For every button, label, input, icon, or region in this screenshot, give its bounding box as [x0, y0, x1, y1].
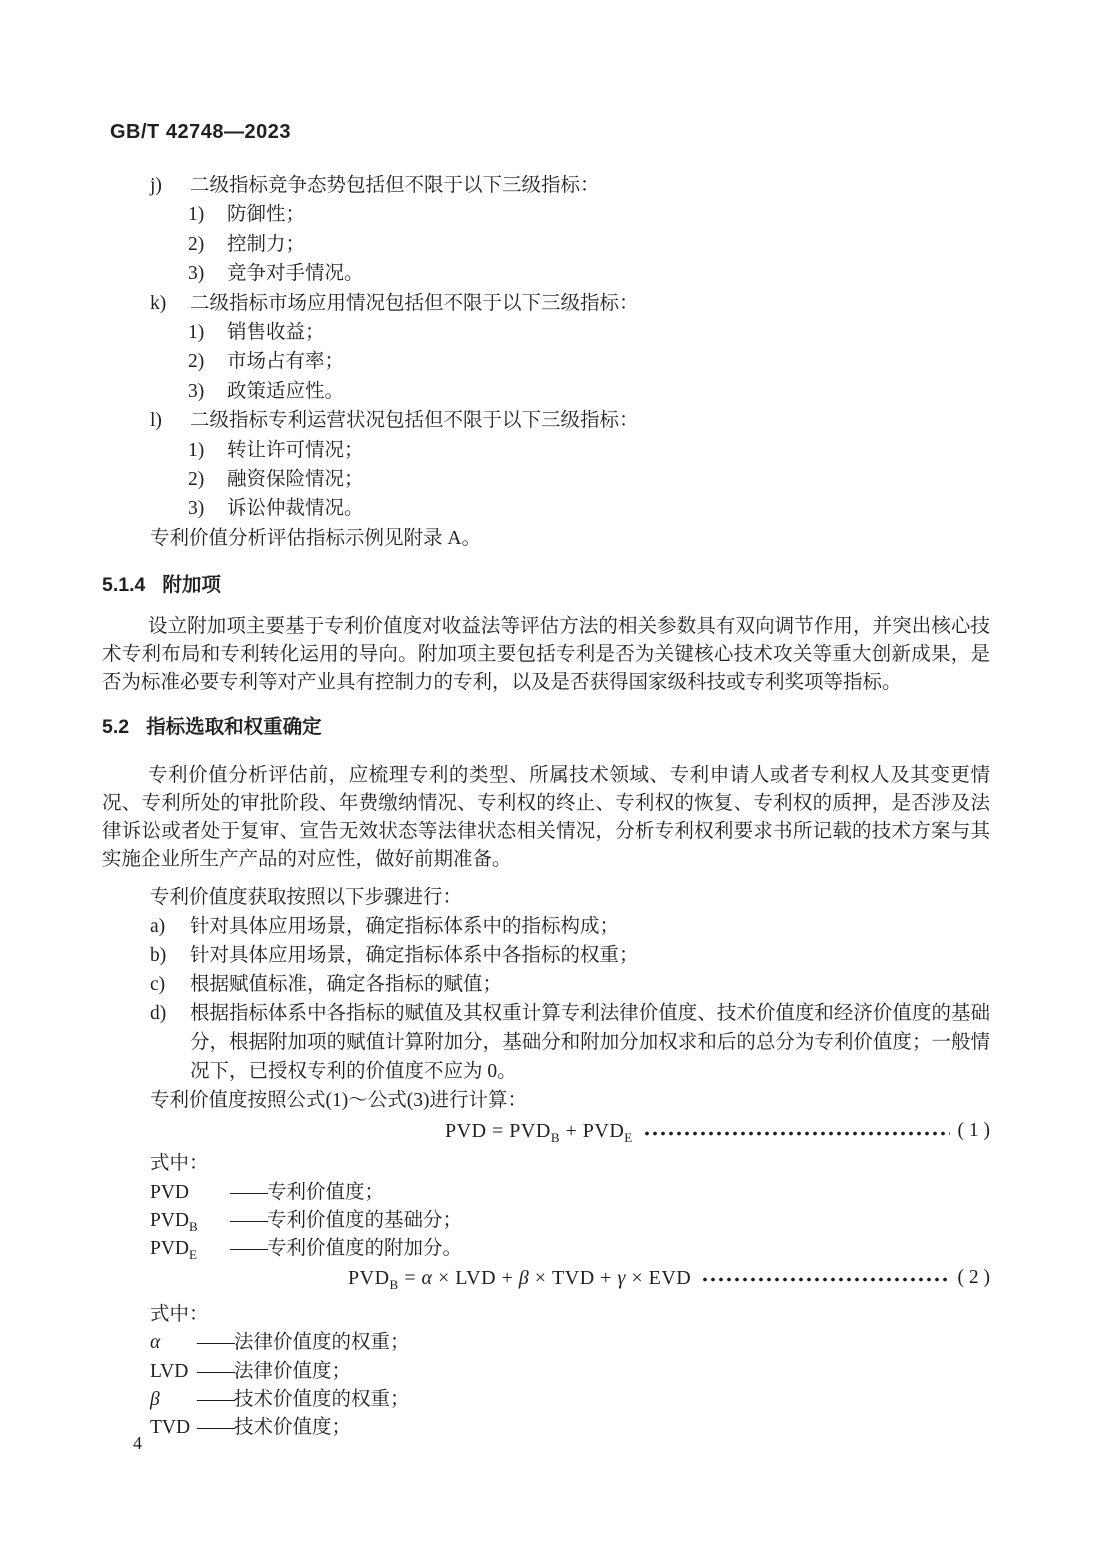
formula-2-expression: PVDB = α × LVD + β × TVD + γ × EVD: [348, 1265, 691, 1291]
list-marker: k): [150, 289, 190, 318]
list-text: 二级指标市场应用情况包括但不限于以下三级指标：: [190, 289, 990, 318]
section-heading-5-1-4: 5.1.4附加项: [102, 574, 990, 597]
definition-term: LVD: [150, 1358, 197, 1386]
definition-row: PVDE —— 专利价值度的附加分。: [150, 1235, 990, 1263]
list-text: 政策适应性。: [227, 377, 990, 406]
definition-text: 法律价值度的权重；: [234, 1329, 990, 1357]
document-page: GB/T 42748—2023 j) 二级指标竞争态势包括但不限于以下三级指标：…: [0, 0, 1097, 1443]
dot-leader: [701, 1277, 949, 1282]
definition-row: LVD —— 法律价值度；: [150, 1358, 990, 1386]
list-marker: 1): [188, 318, 227, 347]
list-text: 融资保险情况；: [227, 465, 990, 494]
page-number: 4: [133, 1433, 142, 1454]
definition-row: PVDB —— 专利价值度的基础分；: [150, 1207, 990, 1235]
step-a: a) 针对具体应用场景，确定指标体系中的指标构成；: [150, 912, 990, 941]
list-text: 针对具体应用场景，确定指标体系中各指标的权重；: [190, 941, 990, 970]
definition-dash: ——: [230, 1235, 267, 1263]
definition-dash: ——: [197, 1329, 234, 1357]
step-b: b) 针对具体应用场景，确定指标体系中各指标的权重；: [150, 941, 990, 970]
formula-1-definitions: PVD —— 专利价值度； PVDB —— 专利价值度的基础分； PVDE ——…: [150, 1179, 990, 1264]
paragraph-indicator-selection: 专利价值分析评估前，应梳理专利的类型、所属技术领域、专利申请人或者专利权人及其变…: [102, 762, 990, 873]
list-text: 竞争对手情况。: [227, 259, 990, 288]
list-subitem: 1) 防御性；: [188, 200, 990, 229]
definition-text: 技术价值度的权重；: [234, 1386, 990, 1414]
list-subitem: 3) 竞争对手情况。: [188, 259, 990, 288]
list-subitem: 2) 市场占有率；: [188, 347, 990, 376]
list-subitem: 1) 转让许可情况；: [188, 436, 990, 465]
formula-1-expression: PVD = PVDB + PVDE: [445, 1118, 633, 1144]
list-marker: 3): [188, 259, 227, 288]
definition-text: 技术价值度；: [234, 1414, 990, 1442]
list-subitem: 3) 政策适应性。: [188, 377, 990, 406]
definition-term: PVDE: [150, 1235, 230, 1263]
definition-row: β —— 技术价值度的权重；: [150, 1386, 990, 1414]
definition-term: PVDB: [150, 1207, 230, 1235]
list-text: 针对具体应用场景，确定指标体系中的指标构成；: [190, 912, 990, 941]
definition-row: TVD —— 技术价值度；: [150, 1414, 990, 1442]
definition-text: 专利价值度的基础分；: [267, 1207, 990, 1235]
definition-term: α: [150, 1329, 197, 1357]
definition-dash: ——: [230, 1179, 267, 1207]
list-marker: 2): [188, 230, 227, 259]
definition-text: 专利价值度；: [267, 1179, 990, 1207]
list-text: 根据指标体系中各指标的赋值及其权重计算专利法律价值度、技术价值度和经济价值度的基…: [190, 999, 990, 1086]
definition-row: PVD —— 专利价值度；: [150, 1179, 990, 1207]
list-marker: 2): [188, 465, 227, 494]
where-label: 式中：: [102, 1149, 990, 1178]
dot-leader: [643, 1131, 950, 1136]
list-text: 二级指标专利运营状况包括但不限于以下三级指标：: [190, 406, 990, 435]
step-c: c) 根据赋值标准，确定各指标的赋值；: [150, 970, 990, 999]
list-subitem: 3) 诉讼仲裁情况。: [188, 494, 990, 523]
list-subitem: 2) 融资保险情况；: [188, 465, 990, 494]
list-text: 二级指标竞争态势包括但不限于以下三级指标：: [190, 171, 990, 200]
list-text: 防御性；: [227, 200, 990, 229]
indicator-list: j) 二级指标竞争态势包括但不限于以下三级指标： 1) 防御性； 2) 控制力；…: [102, 171, 990, 553]
list-item-l: l) 二级指标专利运营状况包括但不限于以下三级指标：: [150, 406, 990, 435]
formula-2-number: ( 2 ): [958, 1265, 991, 1291]
formula-intro: 专利价值度按照公式(1)～公式(3)进行计算：: [102, 1086, 990, 1115]
definition-text: 法律价值度；: [234, 1358, 990, 1386]
list-marker: 1): [188, 436, 227, 465]
list-item-k: k) 二级指标市场应用情况包括但不限于以下三级指标：: [150, 289, 990, 318]
list-marker: 2): [188, 347, 227, 376]
section-title: 指标选取和权重确定: [146, 716, 322, 738]
step-d: d) 根据指标体系中各指标的赋值及其权重计算专利法律价值度、技术价值度和经济价值…: [150, 999, 990, 1086]
definition-text: 专利价值度的附加分。: [267, 1235, 990, 1263]
list-marker: 3): [188, 494, 227, 523]
where-label: 式中：: [102, 1300, 990, 1329]
list-text: 诉讼仲裁情况。: [227, 494, 990, 523]
standard-number: GB/T 42748—2023: [110, 121, 990, 143]
list-marker: 1): [188, 200, 227, 229]
formula-2-definitions: α —— 法律价值度的权重； LVD —— 法律价值度； β —— 技术价值度的…: [150, 1329, 990, 1443]
steps-intro: 专利价值度获取按照以下步骤进行：: [102, 883, 990, 912]
list-subitem: 2) 控制力；: [188, 230, 990, 259]
list-marker: a): [150, 912, 190, 941]
section-number: 5.1.4: [102, 574, 145, 596]
formula-1-number: ( 1 ): [958, 1118, 991, 1144]
section-heading-5-2: 5.2指标选取和权重确定: [102, 716, 990, 739]
list-marker: j): [150, 171, 190, 200]
section-title: 附加项: [162, 574, 221, 596]
list-marker: b): [150, 941, 190, 970]
list-subitem: 1) 销售收益；: [188, 318, 990, 347]
formula-2: PVDB = α × LVD + β × TVD + γ × EVD ( 2 ): [102, 1265, 990, 1291]
list-marker: l): [150, 406, 190, 435]
list-text: 控制力；: [227, 230, 990, 259]
definition-term: PVD: [150, 1179, 230, 1207]
list-text: 市场占有率；: [227, 347, 990, 376]
list-text: 销售收益；: [227, 318, 990, 347]
paragraph-additional-item: 设立附加项主要基于专利价值度对收益法等评估方法的相关参数具有双向调节作用，并突出…: [102, 613, 990, 696]
formula-1: PVD = PVDB + PVDE ( 1 ): [102, 1118, 990, 1144]
appendix-note: 专利价值分析评估指标示例见附录 A。: [102, 524, 990, 553]
definition-term: TVD: [150, 1414, 197, 1442]
list-text: 转让许可情况；: [227, 436, 990, 465]
list-marker: d): [150, 999, 190, 1086]
definition-dash: ——: [197, 1414, 234, 1442]
definition-dash: ——: [230, 1207, 267, 1235]
definition-row: α —— 法律价值度的权重；: [150, 1329, 990, 1357]
section-number: 5.2: [102, 716, 129, 738]
definition-dash: ——: [197, 1386, 234, 1414]
definition-term: β: [150, 1386, 197, 1414]
list-marker: c): [150, 970, 190, 999]
list-marker: 3): [188, 377, 227, 406]
definition-dash: ——: [197, 1358, 234, 1386]
list-item-j: j) 二级指标竞争态势包括但不限于以下三级指标：: [150, 171, 990, 200]
steps-block: 专利价值度获取按照以下步骤进行： a) 针对具体应用场景，确定指标体系中的指标构…: [102, 883, 990, 1115]
list-text: 根据赋值标准，确定各指标的赋值；: [190, 970, 990, 999]
